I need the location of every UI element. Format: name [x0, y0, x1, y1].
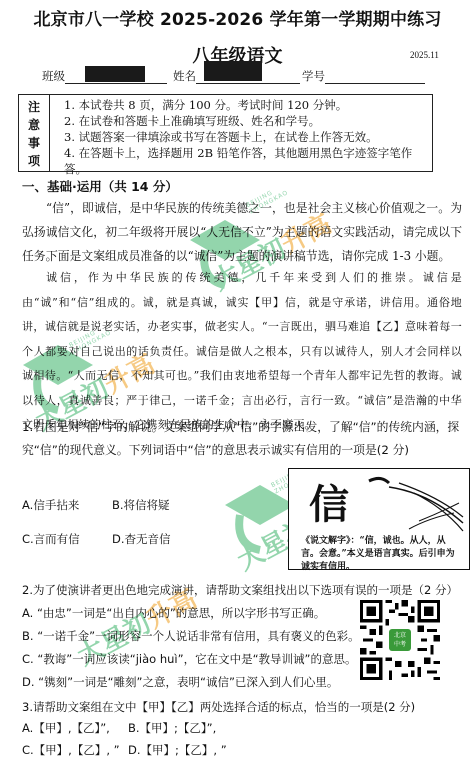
notice-heading-char: 事: [28, 134, 40, 151]
notice-item: 2. 在试卷和答题卡上准确填写班级、姓名和学号。: [64, 113, 432, 129]
seal-script-glyph: 信: [309, 473, 349, 530]
question-3-option-d[interactable]: D.【甲】;【乙】, ”: [128, 742, 227, 758]
question-2-option-b[interactable]: B. “一诺千金”一词形容一个人说话非常有信用，具有褒义的色彩。: [22, 628, 360, 644]
notice-box: 注 意 事 项 1. 本试卷共 8 页，满分 100 分。考试时间 120 分钟…: [18, 94, 433, 172]
ink-bamboo-illustration-icon: [359, 473, 465, 533]
notice-item: 1. 本试卷共 8 页，满分 100 分。考试时间 120 分钟。: [64, 97, 432, 113]
redaction-block: [85, 66, 145, 82]
notice-heading-char: 意: [28, 116, 40, 133]
figure-caption: 《说文解字》：“信，诚也。从人，从言。会意。”本义是语言真实。后引申为诚实有信用…: [301, 535, 461, 574]
student-id-label: 学号: [302, 68, 325, 84]
notice-item: 4. 在答题卡上，选择题用 2B 铅笔作答，其他题用黑色字迹签字笔作答。: [64, 145, 432, 177]
exam-title: 北京市八一学校 2025-2026 学年第一学期期中练习: [0, 5, 475, 30]
name-label: 姓名: [173, 68, 196, 84]
class-field[interactable]: [65, 69, 167, 84]
notice-heading: 注 意 事 项: [19, 95, 50, 171]
speech-passage: 诚信，作为中华民族的传统美德，几千年来受到人们的推崇。诚信是由“诚”和“信”组成…: [22, 266, 462, 438]
question-3-stem: 3.请帮助文案组在文中【甲】【乙】两处选择合适的标点，恰当的一项是(2 分): [22, 696, 467, 719]
student-id-field[interactable]: [325, 69, 425, 84]
xin-character-figure: 信 《说文解字》：“信，诚也。从人，从言。会意。”本义是语言真实。后引申为诚实有…: [288, 468, 470, 570]
task-paragraph: 下面是文案组成员准备的以“诚信”为主题的演讲稿节选，请你完成 1-3 小题。: [22, 244, 462, 268]
question-3-option-a[interactable]: A.【甲】,【乙】”,: [22, 720, 110, 736]
question-1-option-a[interactable]: A.信手拈来: [22, 497, 79, 513]
question-3-option-c[interactable]: C.【甲】,【乙】, ”: [22, 742, 120, 758]
qr-code[interactable]: 北京中考: [360, 600, 440, 680]
qr-badge-line: 中考: [394, 641, 406, 648]
notice-heading-char: 注: [28, 98, 40, 115]
class-label: 班级: [42, 68, 65, 84]
question-2-option-d[interactable]: D. “镌刻”一词是“雕刻”之意，表明“诚信”已深入到人们心里。: [22, 674, 338, 690]
student-info-fields: 班级 姓名 学号: [42, 68, 425, 84]
question-1-option-c[interactable]: C.言而有信: [22, 531, 80, 547]
name-field[interactable]: [196, 69, 300, 84]
question-1-option-b[interactable]: B.将信将疑: [112, 497, 170, 513]
question-2-option-c[interactable]: C. “教诲”一词应该读“jiào huì”，它在文中是“教导训诫”的意思。: [22, 651, 357, 667]
qr-badge-line: 北京: [394, 632, 406, 639]
question-2-stem: 2.为了使演讲者更出色地完成演讲，请帮助文案组找出以下选项有误的一项是（2 分）: [22, 579, 467, 602]
question-3-option-b[interactable]: B.【甲】;【乙】”,: [128, 720, 216, 736]
section-heading: 一、基础·运用（共 14 分）: [22, 177, 178, 195]
qr-logo-badge: 北京中考: [389, 629, 411, 651]
redaction-block: [204, 61, 262, 81]
notice-item: 3. 试题答案一律填涂或书写在答题卡上，在试卷上作答无效。: [64, 129, 432, 145]
notice-heading-char: 项: [28, 152, 40, 169]
notice-list: 1. 本试卷共 8 页，满分 100 分。考试时间 120 分钟。 2. 在试卷…: [50, 95, 432, 171]
question-1-stem: 1.右图是对“信”字的解说。文案组同学从“信”的字源出发，了解“信”的传统内涵，…: [22, 416, 467, 462]
question-1-option-d[interactable]: D.杳无音信: [112, 531, 171, 547]
question-2-option-a[interactable]: A. “由忠”一词是“出自内心的”的意思，所以字形书写正确。: [22, 605, 325, 621]
exam-date: 2025.11: [410, 50, 439, 60]
